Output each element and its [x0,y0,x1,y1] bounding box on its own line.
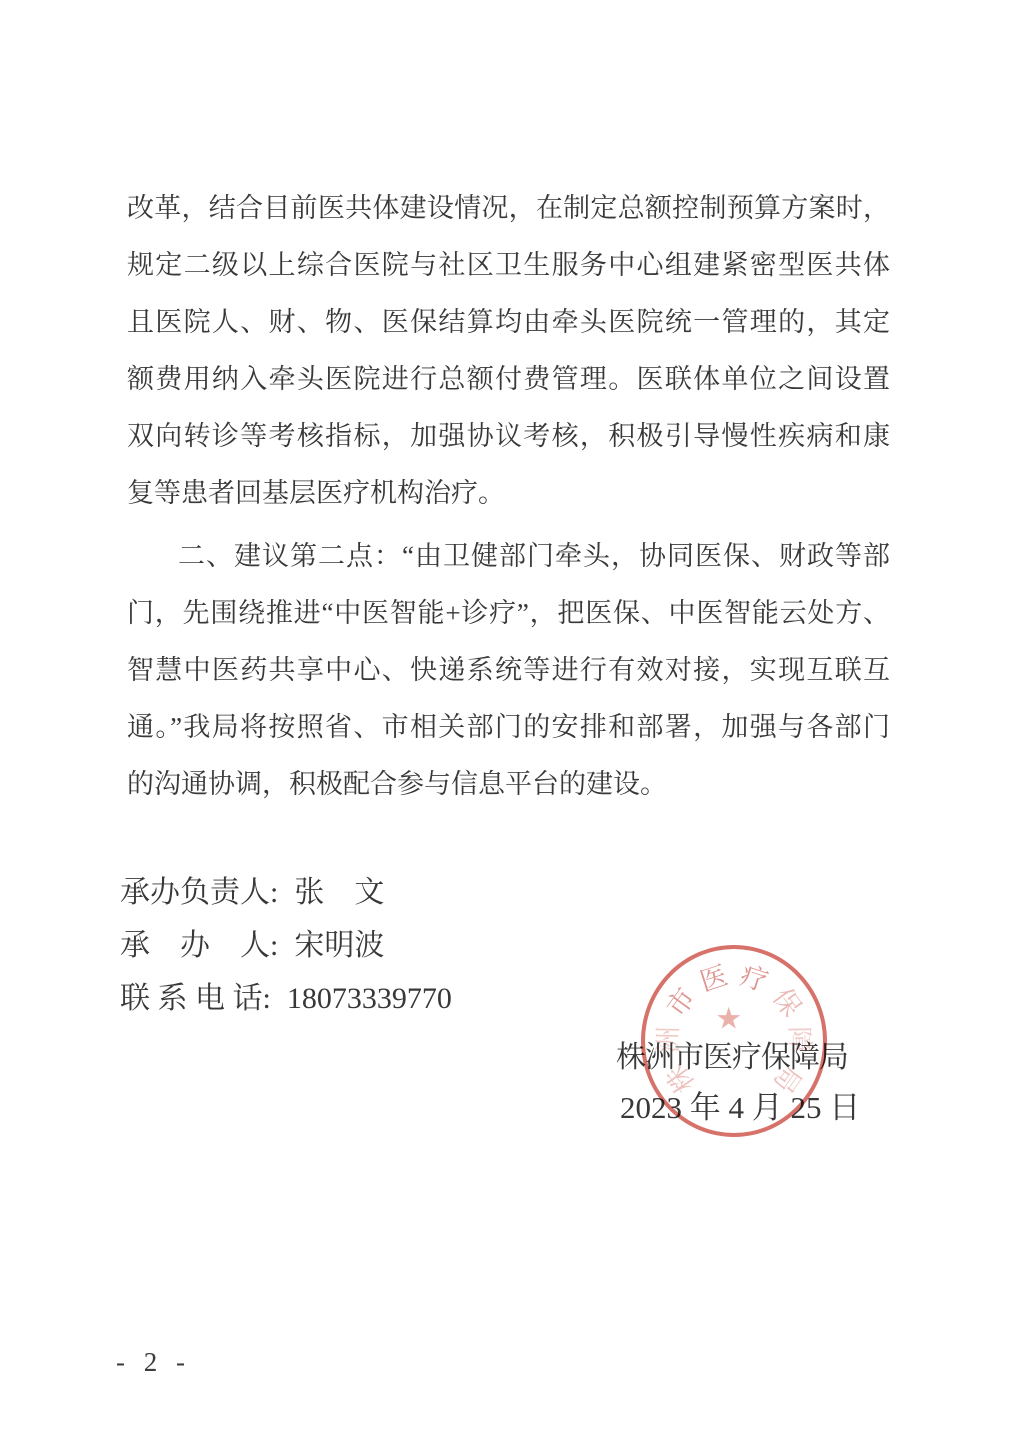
contact-manager-line: 承办负责人:张 文 [120,866,452,919]
handler-name: 宋明波 [294,929,384,962]
contact-phone-line: 联 系 电 话:18073339770 [120,972,452,1025]
seal-arc-char: 市 [655,979,702,1024]
seal-arc-char: 医 [694,954,732,999]
manager-name: 张 文 [294,876,384,909]
text-line: 改革，结合目前医共体建设情况，在制定总额控制预算方案时， [127,180,890,237]
handler-label: 承 办 人: [120,929,278,962]
text-line: 智慧中医药共享中心、快递系统等进行有效对接，实现互联互 [127,642,890,699]
text-line: 双向转诊等考核指标，加强协议考核，积极引导慢性疾病和康 [127,408,890,465]
manager-label: 承办负责人: [120,876,278,909]
phone-label: 联 系 电 话: [120,982,271,1015]
text-line: 额费用纳入牵头医院进行总额付费管理。医联体单位之间设置 [127,351,890,408]
seal-arc-char: 保 [765,979,812,1024]
paragraph-2: 二、建议第二点：“由卫健部门牵头，协同医保、财政等部 门，先围绕推进“中医智能+… [127,528,890,813]
text-line: 且医院人、财、物、医保结算均由牵头医院统一管理的，其定 [127,294,890,351]
text-line: 的沟通协调，积极配合参与信息平台的建设。 [127,756,890,813]
contact-handler-line: 承 办 人:宋明波 [120,919,452,972]
signature-date: 2023 年 4 月 25 日 [620,1082,860,1127]
text-line: 规定二级以上综合医院与社区卫生服务中心组建紧密型医共体 [127,237,890,294]
text-line: 通。”我局将按照省、市相关部门的安排和部署，加强与各部门 [127,699,890,756]
signature-agency: 株洲市医疗保障局 [616,1032,848,1076]
text-line: 二、建议第二点：“由卫健部门牵头，协同医保、财政等部 [127,528,890,585]
page-number: - 2 - [116,1347,191,1378]
paragraph-1: 改革，结合目前医共体建设情况，在制定总额控制预算方案时， 规定二级以上综合医院与… [127,180,890,522]
seal-arc-char: 疗 [736,954,774,999]
document-page: 改革，结合目前医共体建设情况，在制定总额控制预算方案时， 规定二级以上综合医院与… [0,0,1023,1450]
phone-number: 18073339770 [287,982,452,1015]
contact-block: 承办负责人:张 文 承 办 人:宋明波 联 系 电 话:18073339770 [120,866,452,1025]
document-body: 改革，结合目前医共体建设情况，在制定总额控制预算方案时， 规定二级以上综合医院与… [127,180,890,813]
text-line: 复等患者回基层医疗机构治疗。 [127,465,890,522]
text-line: 门，先围绕推进“中医智能+诊疗”，把医保、中医智能云处方、 [127,585,890,642]
